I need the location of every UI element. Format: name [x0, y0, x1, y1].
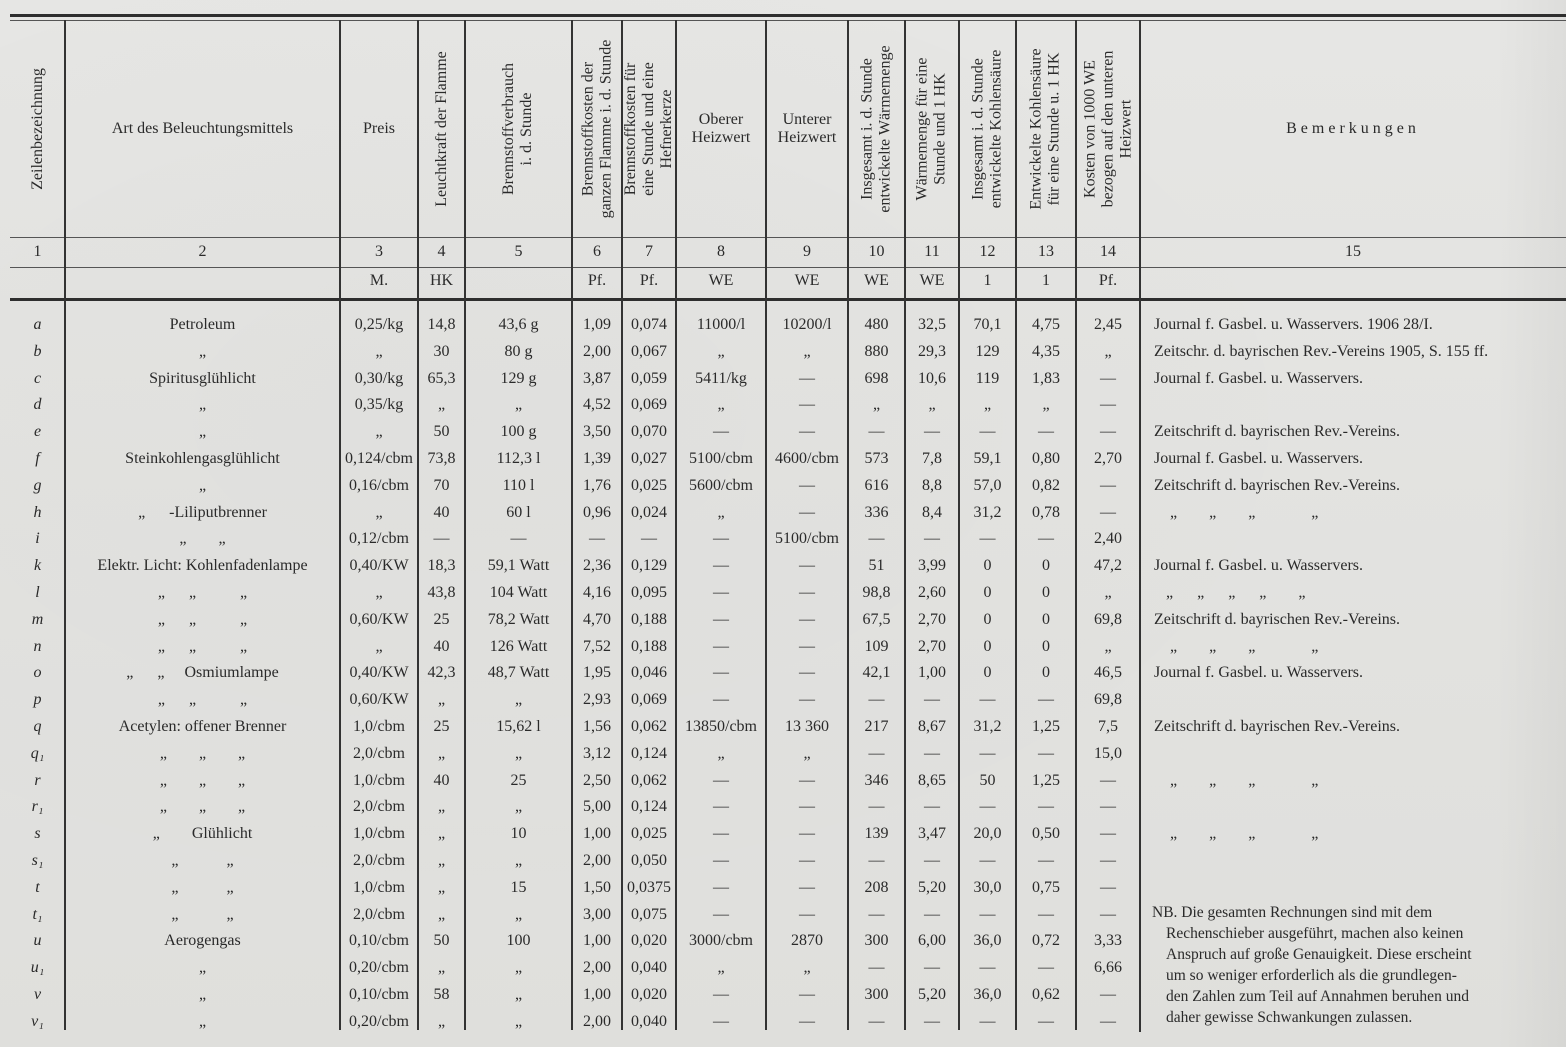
table-cell: 0,020 [622, 981, 676, 1008]
table-top-rule [10, 14, 1566, 17]
table-cell: „ „ Osmiumlampe [65, 659, 340, 686]
row-remark: Journal f. Gasbel. u. Wasservers. [1154, 552, 1566, 579]
column-header-text: Leuchtkraft der Flamme [433, 51, 451, 207]
table-row: s₁„ „2,0/cbm„„2,000,050——————— [0, 847, 1566, 874]
table-cell: 0,040 [622, 1008, 676, 1035]
table-cell: 0,070 [622, 418, 676, 445]
table-cell: „ [418, 847, 465, 874]
table-cell: 0,040 [622, 954, 676, 981]
table-cell: 70 [418, 472, 465, 499]
table-cell: — [1076, 847, 1140, 874]
row-remark [1154, 525, 1566, 552]
table-cell: — [1076, 820, 1140, 847]
column-number: 6 [572, 243, 622, 261]
table-cell: 0,067 [622, 338, 676, 365]
table-cell: — [766, 499, 848, 526]
table-cell: — [766, 874, 848, 901]
table-cell: 43,8 [418, 579, 465, 606]
table-cell: 4,70 [572, 606, 622, 633]
table-cell: Steinkohlengasglühlicht [65, 445, 340, 472]
table-cell: Acetylen: offener Brenner [65, 713, 340, 740]
table-cell: 0,188 [622, 606, 676, 633]
table-cell: 50 [418, 927, 465, 954]
table-cell: „ „ „ [65, 767, 340, 794]
column-unit: HK [418, 272, 465, 290]
table-cell: 0,60/KW [340, 686, 418, 713]
header-bottom-rule [10, 298, 1566, 301]
table-cell: — [1076, 365, 1140, 392]
table-cell: 78,2 Watt [465, 606, 572, 633]
table-row: n„ „ „„40126 Watt7,520,188——1092,7000„ „… [0, 633, 1566, 660]
column-number-row-rule [10, 237, 1566, 238]
table-row: r₁„ „ „2,0/cbm„„5,000,124——————— [0, 793, 1566, 820]
table-cell: 15,62 l [465, 713, 572, 740]
table-cell: „ [676, 740, 766, 767]
table-cell: 31,2 [959, 499, 1016, 526]
column-header-text: Wärmemenge für eine [914, 57, 932, 200]
table-cell: 2,70 [905, 633, 959, 660]
table-cell: — [848, 954, 905, 981]
column-header-text: ganzen Flamme i. d. Stunde [597, 40, 615, 219]
table-cell: 2,0/cbm [340, 740, 418, 767]
table-cell: 25 [418, 713, 465, 740]
table-cell: 59,1 Watt [465, 552, 572, 579]
table-cell: 0 [1016, 579, 1076, 606]
table-cell: — [766, 391, 848, 418]
column-header-text: Zeilenbezeichnung [29, 68, 47, 190]
table-cell: „ [65, 472, 340, 499]
table-cell: „ [465, 901, 572, 928]
row-remark: Zeitschrift d. bayrischen Rev.-Vereins. [1154, 606, 1566, 633]
column-unit: WE [676, 272, 766, 290]
table-cell: „ [340, 418, 418, 445]
table-cell: 0,25/kg [340, 311, 418, 338]
table-cell: 3,50 [572, 418, 622, 445]
row-remark [1154, 686, 1566, 713]
table-cell: 2,0/cbm [340, 847, 418, 874]
column-header-1: Zeilenbezeichnung [10, 22, 65, 236]
table-cell: 2,40 [1076, 525, 1140, 552]
column-number: 15 [1140, 243, 1566, 261]
table-cell: 698 [848, 365, 905, 392]
table-cell: — [905, 1008, 959, 1035]
table-cell: — [676, 418, 766, 445]
table-cell: — [1016, 1008, 1076, 1035]
table-cell: 4,52 [572, 391, 622, 418]
column-header-text: Art des Beleuchtungsmittels [112, 120, 293, 138]
row-remark [1154, 874, 1566, 901]
table-cell: 1,50 [572, 874, 622, 901]
table-cell: 8,4 [905, 499, 959, 526]
table-cell: 0 [1016, 552, 1076, 579]
table-row: e„„50100 g3,500,070———————Zeitschrift d.… [0, 418, 1566, 445]
row-label: s₁ [10, 847, 65, 874]
table-cell: 0 [959, 579, 1016, 606]
table-cell: — [418, 525, 465, 552]
table-cell: 48,7 Watt [465, 659, 572, 686]
column-number: 10 [848, 243, 905, 261]
table-cell: — [676, 579, 766, 606]
row-remark: Journal f. Gasbel. u. Wasservers. [1154, 659, 1566, 686]
table-cell: 3,99 [905, 552, 959, 579]
table-cell: 0,10/cbm [340, 927, 418, 954]
row-label: v₁ [10, 1008, 65, 1035]
table-cell: — [766, 418, 848, 445]
column-header-text: Hefnerkerze [658, 62, 676, 196]
table-cell: „ [65, 1008, 340, 1035]
table-cell: 10200/l [766, 311, 848, 338]
table-cell: 29,3 [905, 338, 959, 365]
row-label: o [10, 659, 65, 686]
row-label: t [10, 874, 65, 901]
table-cell: 2,60 [905, 579, 959, 606]
table-cell: „ „ „ [65, 606, 340, 633]
table-cell: 3,00 [572, 901, 622, 928]
row-label: q [10, 713, 65, 740]
column-header-text: Unterer [778, 111, 837, 129]
table-cell: „ [465, 954, 572, 981]
row-label: a [10, 311, 65, 338]
table-cell: „ [465, 981, 572, 1008]
table-row: r„ „ „1,0/cbm40252,500,062——3468,65501,2… [0, 767, 1566, 794]
table-cell: 0,024 [622, 499, 676, 526]
row-remark [1154, 793, 1566, 820]
table-cell: 0,025 [622, 472, 676, 499]
table-cell: — [905, 740, 959, 767]
table-cell: 217 [848, 713, 905, 740]
table-cell: 129 g [465, 365, 572, 392]
table-cell: 50 [959, 767, 1016, 794]
table-cell: 1,76 [572, 472, 622, 499]
table-cell: 139 [848, 820, 905, 847]
table-cell: 0,20/cbm [340, 954, 418, 981]
column-unit: WE [766, 272, 848, 290]
table-cell: — [766, 981, 848, 1008]
column-header-14: Kosten von 1000 WEbezogen auf den untere… [1076, 22, 1140, 236]
table-cell: — [848, 901, 905, 928]
table-cell: „ Glühlicht [65, 820, 340, 847]
table-cell: „ [418, 391, 465, 418]
table-cell: — [622, 525, 676, 552]
table-cell: 100 g [465, 418, 572, 445]
table-cell: 31,2 [959, 713, 1016, 740]
column-header-2: Art des Beleuchtungsmittels [65, 22, 340, 236]
table-cell: 30,0 [959, 874, 1016, 901]
table-cell: „ [959, 391, 1016, 418]
footnote-line: NB. Die gesamten Rechnungen sind mit dem [1152, 902, 1552, 923]
table-cell: „ [766, 954, 848, 981]
column-number: 4 [418, 243, 465, 261]
table-cell: 0,050 [622, 847, 676, 874]
table-cell: 0 [1016, 606, 1076, 633]
table-cell: 3,33 [1076, 927, 1140, 954]
table-cell: — [1016, 901, 1076, 928]
table-cell: 0,074 [622, 311, 676, 338]
table-cell: — [676, 525, 766, 552]
table-cell: 0,75 [1016, 874, 1076, 901]
table-cell: „ [418, 874, 465, 901]
table-cell: „ „ [65, 847, 340, 874]
column-header-10: Insgesamt i. d. Stundeentwickelte Wärmem… [848, 22, 905, 236]
column-number: 12 [959, 243, 1016, 261]
table-cell: — [766, 579, 848, 606]
column-unit: Pf. [1076, 272, 1140, 290]
table-cell: „ [1076, 579, 1140, 606]
table-cell: Spiritusglühlicht [65, 365, 340, 392]
table-cell: 0,129 [622, 552, 676, 579]
table-cell: 1,25 [1016, 713, 1076, 740]
row-remark [1154, 740, 1566, 767]
table-cell: 13 360 [766, 713, 848, 740]
table-cell: — [959, 901, 1016, 928]
table-cell: 5,00 [572, 793, 622, 820]
table-cell: „ „ „ [65, 793, 340, 820]
table-cell: 0,96 [572, 499, 622, 526]
table-cell: 0 [959, 633, 1016, 660]
table-cell: 47,2 [1076, 552, 1140, 579]
row-label: p [10, 686, 65, 713]
table-cell: „ -Liliputbrenner [65, 499, 340, 526]
table-cell: — [959, 740, 1016, 767]
table-cell: 0 [1016, 659, 1076, 686]
column-header-text: i. d. Stunde [519, 63, 537, 195]
table-cell: „ [766, 338, 848, 365]
table-cell: 0,40/KW [340, 659, 418, 686]
table-cell: „ [1076, 338, 1140, 365]
table-row: g„0,16/cbm70110 l1,760,0255600/cbm—6168,… [0, 472, 1566, 499]
table-cell: 0,059 [622, 365, 676, 392]
table-cell: — [848, 793, 905, 820]
table-cell: 4600/cbm [766, 445, 848, 472]
table-cell: 480 [848, 311, 905, 338]
table-cell: 0,35/kg [340, 391, 418, 418]
table-cell: 100 [465, 927, 572, 954]
table-cell: 0,10/cbm [340, 981, 418, 1008]
table-cell: 8,65 [905, 767, 959, 794]
table-cell: 573 [848, 445, 905, 472]
table-cell: 40 [418, 633, 465, 660]
table-cell: — [848, 1008, 905, 1035]
table-cell: 0,095 [622, 579, 676, 606]
table-cell: „ [1076, 633, 1140, 660]
table-cell: 1,95 [572, 659, 622, 686]
column-header-15: Bemerkungen [1140, 22, 1566, 236]
column-unit: 1 [1016, 272, 1076, 290]
table-cell: „ [418, 901, 465, 928]
table-cell: „ [676, 391, 766, 418]
table-cell: 67,5 [848, 606, 905, 633]
column-header-text: Kosten von 1000 WE [1081, 51, 1099, 208]
column-header-text: Stunde und 1 HK [932, 57, 950, 200]
table-cell: 2,50 [572, 767, 622, 794]
table-cell: — [676, 874, 766, 901]
table-cell: — [959, 954, 1016, 981]
table-cell: 7,5 [1076, 713, 1140, 740]
table-cell: — [959, 525, 1016, 552]
footnote-line: Rechenschieber ausgeführt, machen also k… [1152, 923, 1552, 944]
table-cell: 2,00 [572, 338, 622, 365]
table-cell: — [959, 686, 1016, 713]
table-cell: 80 g [465, 338, 572, 365]
column-unit: 1 [959, 272, 1016, 290]
column-header-12: Insgesamt i. d. Stundeentwickelte Kohlen… [959, 22, 1016, 236]
table-cell: „ [65, 981, 340, 1008]
table-cell: 5100/cbm [766, 525, 848, 552]
table-cell: 15,0 [1076, 740, 1140, 767]
table-cell: 0 [959, 552, 1016, 579]
table-cell: — [1076, 472, 1140, 499]
table-cell: 3,87 [572, 365, 622, 392]
table-cell: „ [465, 847, 572, 874]
table-row: o„ „ Osmiumlampe0,40/KW42,348,7 Watt1,95… [0, 659, 1566, 686]
table-cell: „ [465, 391, 572, 418]
row-remark: Journal f. Gasbel. u. Wasservers. 1906 2… [1154, 311, 1566, 338]
table-cell: 2,0/cbm [340, 793, 418, 820]
table-row: d„0,35/kg„„4,520,069„—„„„„— [0, 391, 1566, 418]
table-cell: — [766, 633, 848, 660]
table-cell: — [905, 418, 959, 445]
table-cell: 1,00 [572, 981, 622, 1008]
table-row: i„ „0,12/cbm—————5100/cbm————2,40 [0, 525, 1566, 552]
table-cell: 18,3 [418, 552, 465, 579]
table-cell: 40 [418, 767, 465, 794]
table-cell: — [1016, 418, 1076, 445]
row-label: q₁ [10, 740, 65, 767]
column-header-9: UntererHeizwert [766, 22, 848, 236]
scanned-page: Zeilenbezeichnung1Art des Beleuchtungsmi… [0, 0, 1566, 1047]
table-cell: — [572, 525, 622, 552]
table-cell: 0,50 [1016, 820, 1076, 847]
table-cell: 1,56 [572, 713, 622, 740]
table-cell: 69,8 [1076, 606, 1140, 633]
table-cell: — [766, 901, 848, 928]
table-cell: „ [418, 686, 465, 713]
table-cell: 25 [418, 606, 465, 633]
table-cell: 69,8 [1076, 686, 1140, 713]
row-label: u₁ [10, 954, 65, 981]
table-cell: 126 Watt [465, 633, 572, 660]
column-header-4: Leuchtkraft der Flamme [418, 22, 465, 236]
table-cell: — [848, 847, 905, 874]
table-cell: 1,0/cbm [340, 713, 418, 740]
table-cell: „ [848, 391, 905, 418]
table-cell: 0,20/cbm [340, 1008, 418, 1035]
table-cell: 0 [1016, 633, 1076, 660]
column-unit: WE [905, 272, 959, 290]
table-cell: — [676, 767, 766, 794]
table-cell: 2870 [766, 927, 848, 954]
column-header-text: Preis [363, 120, 395, 138]
table-cell: 0,124/cbm [340, 445, 418, 472]
table-row: p„ „ „0,60/KW„„2,930,069——————69,8 [0, 686, 1566, 713]
table-cell: — [959, 1008, 1016, 1035]
table-cell: „ [465, 1008, 572, 1035]
table-cell: 1,0/cbm [340, 767, 418, 794]
table-row: kElektr. Licht: Kohlenfadenlampe0,40/KW1… [0, 552, 1566, 579]
table-cell: 0,075 [622, 901, 676, 928]
table-row: m„ „ „0,60/KW2578,2 Watt4,700,188——67,52… [0, 606, 1566, 633]
table-cell: — [766, 365, 848, 392]
table-cell: 1,09 [572, 311, 622, 338]
table-cell: 1,0/cbm [340, 874, 418, 901]
column-header-text: Heizwert [778, 129, 837, 147]
row-remark: „ „ „ „ [1154, 767, 1566, 794]
table-cell: 0,020 [622, 927, 676, 954]
table-cell: — [905, 525, 959, 552]
row-label: c [10, 365, 65, 392]
table-cell: 11000/l [676, 311, 766, 338]
table-cell: — [848, 418, 905, 445]
row-label: i [10, 525, 65, 552]
table-cell: 14,8 [418, 311, 465, 338]
table-cell: 57,0 [959, 472, 1016, 499]
table-cell: „ „ [65, 901, 340, 928]
table-cell: „ [340, 579, 418, 606]
table-cell: 36,0 [959, 981, 1016, 1008]
table-cell: 7,52 [572, 633, 622, 660]
table-cell: — [1076, 1008, 1140, 1035]
table-cell: — [1016, 686, 1076, 713]
column-header-11: Wärmemenge für eineStunde und 1 HK [905, 22, 959, 236]
table-cell: 58 [418, 981, 465, 1008]
column-header-7: Brennstoffkosten füreine Stunde und eine… [622, 22, 676, 236]
table-cell: „ [65, 418, 340, 445]
column-unit: Pf. [622, 272, 676, 290]
table-cell: „ [676, 954, 766, 981]
table-cell: — [766, 820, 848, 847]
table-cell: — [676, 633, 766, 660]
column-header-6: Brennstoffkosten derganzen Flamme i. d. … [572, 22, 622, 236]
table-cell: — [676, 847, 766, 874]
table-cell: — [676, 793, 766, 820]
row-label: f [10, 445, 65, 472]
table-cell: 42,1 [848, 659, 905, 686]
table-cell: „ [418, 793, 465, 820]
table-cell: — [959, 847, 1016, 874]
table-cell: 73,8 [418, 445, 465, 472]
table-cell: 1,83 [1016, 365, 1076, 392]
table-cell: „ „ [65, 874, 340, 901]
table-cell: 50 [418, 418, 465, 445]
table-cell: Elektr. Licht: Kohlenfadenlampe [65, 552, 340, 579]
row-label: k [10, 552, 65, 579]
table-cell: „ [465, 686, 572, 713]
row-remark [1154, 391, 1566, 418]
table-cell: 0,82 [1016, 472, 1076, 499]
column-number: 5 [465, 243, 572, 261]
table-cell: 6,66 [1076, 954, 1140, 981]
table-cell: — [905, 901, 959, 928]
table-row: l„ „ „„43,8104 Watt4,160,095——98,82,6000… [0, 579, 1566, 606]
column-header-text: Entwickelte Kohlensäure [1028, 48, 1046, 209]
table-cell: 0,025 [622, 820, 676, 847]
table-cell: — [766, 659, 848, 686]
table-cell: 7,8 [905, 445, 959, 472]
row-label: b [10, 338, 65, 365]
row-remark: Zeitschrift d. bayrischen Rev.-Vereins. [1154, 472, 1566, 499]
column-number: 2 [65, 243, 340, 261]
table-cell: — [766, 686, 848, 713]
row-label: m [10, 606, 65, 633]
row-remark: Zeitschr. d. bayrischen Rev.-Vereins 190… [1154, 338, 1566, 365]
table-cell: 2,93 [572, 686, 622, 713]
table-cell: 60 l [465, 499, 572, 526]
row-remark: Journal f. Gasbel. u. Wasservers. [1154, 365, 1566, 392]
table-cell: „ „ „ [65, 740, 340, 767]
table-cell: 2,70 [1076, 445, 1140, 472]
table-cell: „ [418, 954, 465, 981]
table-cell: 0,027 [622, 445, 676, 472]
